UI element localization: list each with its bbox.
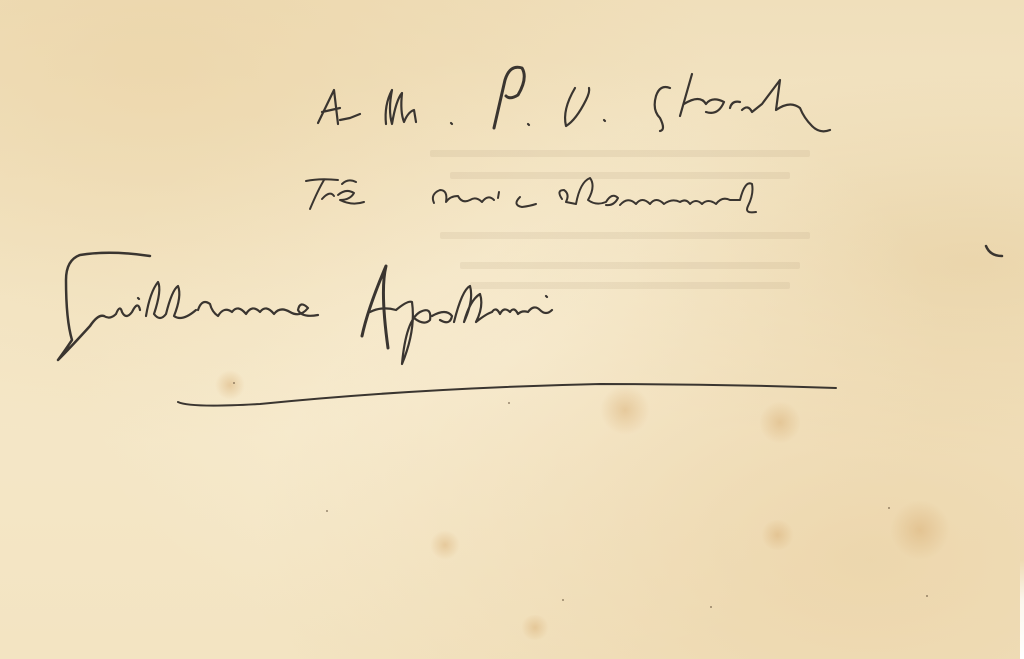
aged-paper-page: A M. P. V. Stock très amicalement Guilla… <box>0 0 1024 659</box>
handwriting-line-1 <box>318 67 830 131</box>
page-edge <box>1020 560 1024 659</box>
stray-ink-mark <box>986 246 1002 256</box>
handwriting-line-2 <box>306 178 756 212</box>
signature-ink <box>58 253 552 364</box>
signature-underline <box>178 384 836 406</box>
handwriting-ink <box>0 0 1024 659</box>
